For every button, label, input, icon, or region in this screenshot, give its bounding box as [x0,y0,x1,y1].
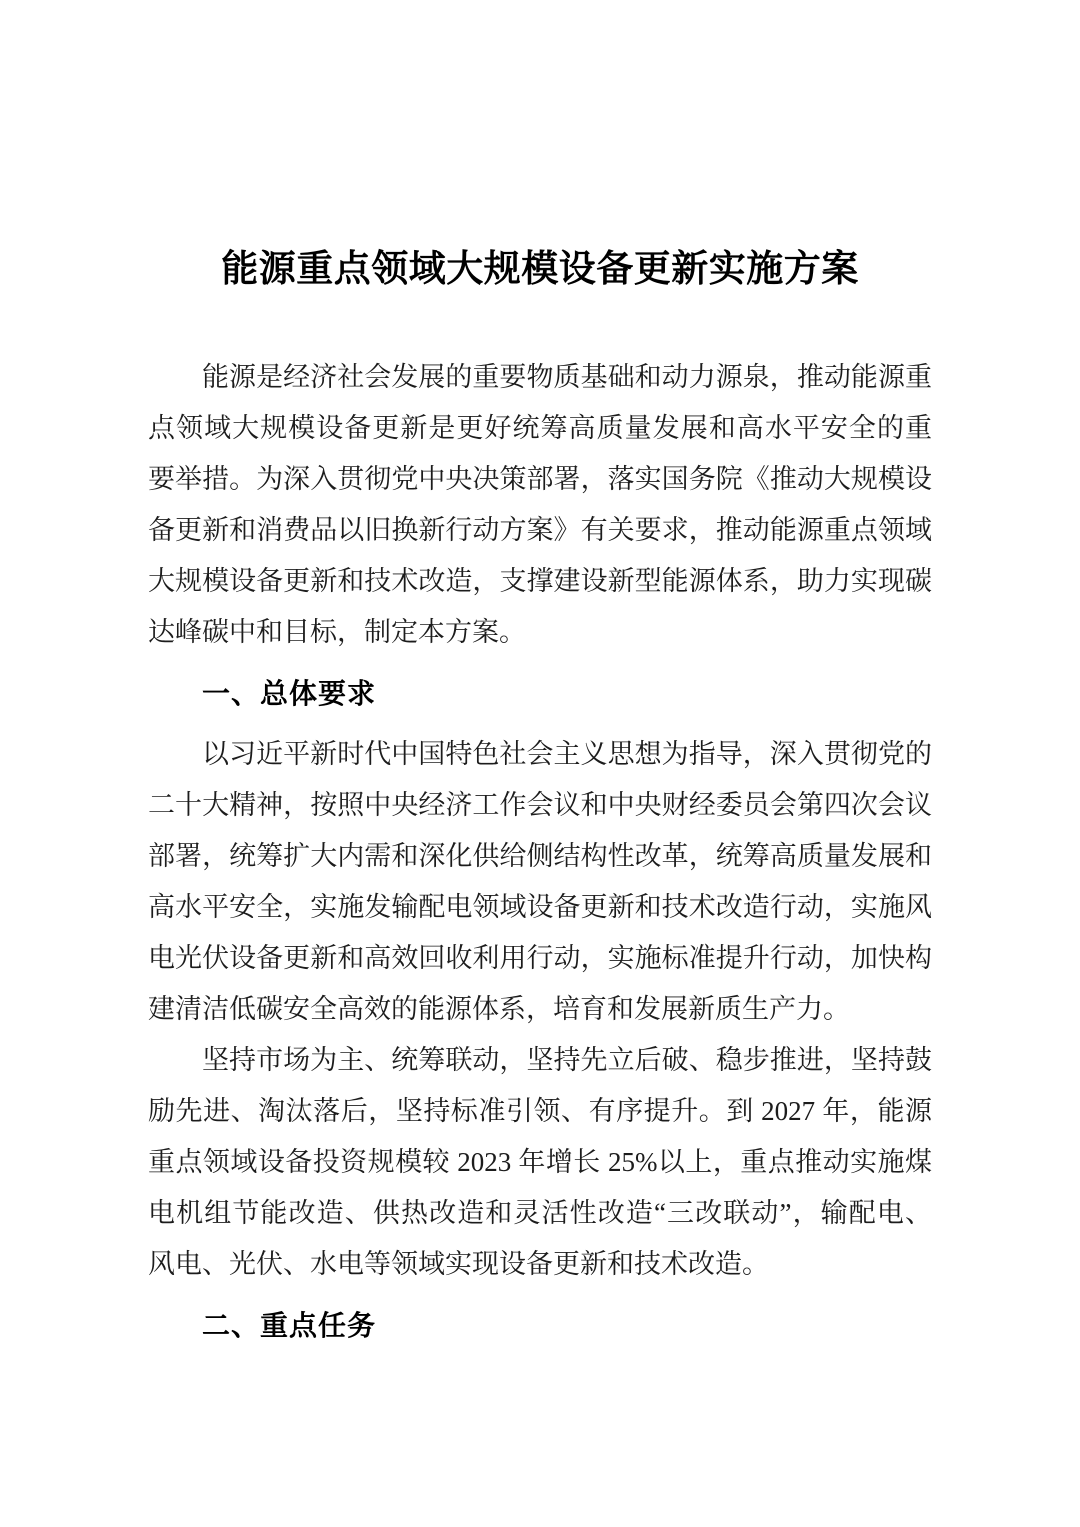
paragraph-goals: 坚持市场为主、统筹联动，坚持先立后破、稳步推进，坚持鼓 励先进、淘汰落后，坚持标… [148,1035,932,1290]
paragraph-line: 风电、光伏、水电等领域实现设备更新和技术改造。 [148,1239,932,1290]
paragraph-guiding-principles: 以习近平新时代中国特色社会主义思想为指导，深入贯彻党的 二十大精神，按照中央经济… [148,729,932,1035]
document-page: 能源重点领域大规模设备更新实施方案 能源是经济社会发展的重要物质基础和动力源泉，… [0,0,1080,1527]
paragraph-line: 部署，统筹扩大内需和深化供给侧结构性改革，统筹高质量发展和 [148,831,932,882]
document-body: 能源重点领域大规模设备更新实施方案 能源是经济社会发展的重要物质基础和动力源泉，… [148,243,932,1361]
paragraph-line: 重点领域设备投资规模较 2023 年增长 25%以上，重点推动实施煤 [148,1137,932,1188]
paragraph-line: 点领域大规模设备更新是更好统筹高质量发展和高水平安全的重 [148,403,932,454]
section-heading-1: 一、总体要求 [148,668,932,719]
paragraph-line: 电光伏设备更新和高效回收利用行动，实施标准提升行动，加快构 [148,933,932,984]
paragraph-line: 要举措。为深入贯彻党中央决策部署，落实国务院《推动大规模设 [148,454,932,505]
paragraph-line: 高水平安全，实施发输配电领域设备更新和技术改造行动，实施风 [148,882,932,933]
section-heading-2: 二、重点任务 [148,1300,932,1351]
paragraph-line: 坚持市场为主、统筹联动，坚持先立后破、稳步推进，坚持鼓 [148,1035,932,1086]
document-title: 能源重点领域大规模设备更新实施方案 [148,243,932,297]
paragraph-line: 备更新和消费品以旧换新行动方案》有关要求，推动能源重点领域 [148,505,932,556]
paragraph-line: 大规模设备更新和技术改造，支撑建设新型能源体系，助力实现碳 [148,556,932,607]
paragraph-intro: 能源是经济社会发展的重要物质基础和动力源泉，推动能源重 点领域大规模设备更新是更… [148,352,932,658]
paragraph-line: 建清洁低碳安全高效的能源体系，培育和发展新质生产力。 [148,984,932,1035]
paragraph-line: 电机组节能改造、供热改造和灵活性改造“三改联动”，输配电、 [148,1188,932,1239]
paragraph-line: 达峰碳中和目标，制定本方案。 [148,607,932,658]
paragraph-line: 以习近平新时代中国特色社会主义思想为指导，深入贯彻党的 [148,729,932,780]
paragraph-line: 二十大精神，按照中央经济工作会议和中央财经委员会第四次会议 [148,780,932,831]
paragraph-line: 励先进、淘汰落后，坚持标准引领、有序提升。到 2027 年，能源 [148,1086,932,1137]
paragraph-line: 能源是经济社会发展的重要物质基础和动力源泉，推动能源重 [148,352,932,403]
